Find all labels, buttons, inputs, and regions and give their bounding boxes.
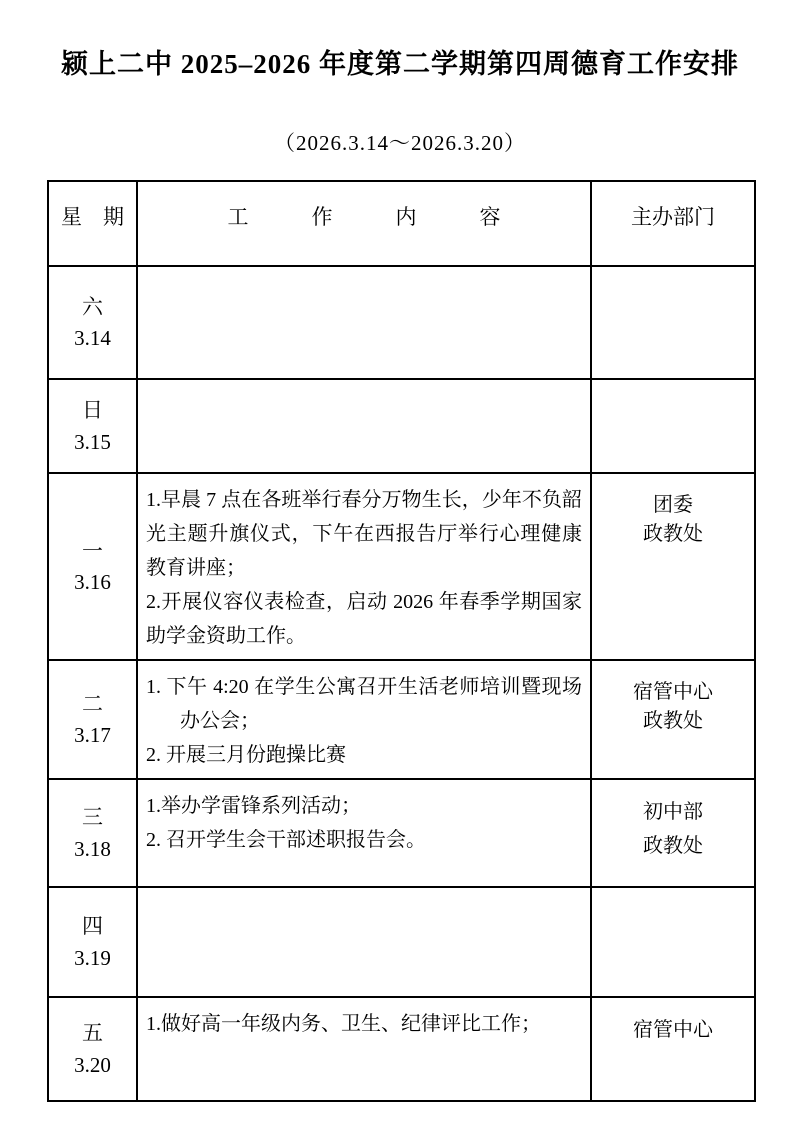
content-cell-wed: 1.举办学雷锋系列活动； 2. 召开学生会干部述职报告会。 bbox=[137, 779, 591, 887]
date-label: 3.18 bbox=[74, 837, 111, 861]
department-label: 政教处 bbox=[643, 830, 703, 862]
dept-cell-sat bbox=[591, 266, 755, 379]
work-item: 2. 召开学生会干部述职报告会。 bbox=[146, 823, 582, 857]
header-department-label: 主办部门 bbox=[592, 201, 754, 231]
page-title: 颍上二中 2025–2026 年度第二学期第四周德育工作安排 bbox=[0, 0, 800, 81]
table-row: 四 3.19 bbox=[48, 887, 755, 997]
day-cell-tue: 二 3.17 bbox=[48, 660, 137, 779]
day-label: 五 bbox=[82, 1021, 103, 1045]
department-label: 政教处 bbox=[643, 517, 703, 546]
header-day: 星 期 bbox=[48, 181, 137, 266]
day-label: 日 bbox=[82, 398, 103, 422]
department-label: 宿管中心 bbox=[633, 675, 713, 704]
weekly-schedule-table: 星 期 工 作 内 容 主办部门 六 3.14 日 3.15 bbox=[47, 180, 756, 1102]
date-label: 3.20 bbox=[74, 1053, 111, 1077]
date-label: 3.15 bbox=[74, 430, 111, 454]
table-row: 一 3.16 1.早晨 7 点在各班举行春分万物生长，少年不负韶光主题升旗仪式，… bbox=[48, 473, 755, 660]
header-day-label: 星 期 bbox=[49, 201, 136, 231]
header-content: 工 作 内 容 bbox=[137, 181, 591, 266]
day-cell-wed: 三 3.18 bbox=[48, 779, 137, 887]
department-label: 政教处 bbox=[643, 704, 703, 733]
table-row: 日 3.15 bbox=[48, 379, 755, 473]
department-label: 团委 bbox=[653, 488, 693, 517]
content-cell-sat bbox=[137, 266, 591, 379]
day-cell-sat: 六 3.14 bbox=[48, 266, 137, 379]
dept-cell-mon: 团委 政教处 bbox=[591, 473, 755, 660]
day-label: 一 bbox=[82, 539, 103, 563]
work-item: 2.开展仪容仪表检查，启动 2026 年春季学期国家助学金资助工作。 bbox=[146, 585, 582, 653]
work-item: 1.早晨 7 点在各班举行春分万物生长，少年不负韶光主题升旗仪式，下午在西报告厅… bbox=[146, 483, 582, 585]
work-item: 1. 下午 4:20 在学生公寓召开生活老师培训暨现场办公会； bbox=[146, 670, 582, 738]
day-cell-thu: 四 3.19 bbox=[48, 887, 137, 997]
table-header-row: 星 期 工 作 内 容 主办部门 bbox=[48, 181, 755, 266]
date-label: 3.16 bbox=[74, 570, 111, 594]
dept-cell-thu bbox=[591, 887, 755, 997]
content-cell-tue: 1. 下午 4:20 在学生公寓召开生活老师培训暨现场办公会； 2. 开展三月份… bbox=[137, 660, 591, 779]
work-item: 2. 开展三月份跑操比赛 bbox=[146, 738, 582, 772]
date-range-subtitle: （2026.3.14～2026.3.20） bbox=[0, 81, 800, 157]
dept-cell-sun bbox=[591, 379, 755, 473]
dept-cell-wed: 初中部 政教处 bbox=[591, 779, 755, 887]
table-row: 三 3.18 1.举办学雷锋系列活动； 2. 召开学生会干部述职报告会。 初中部… bbox=[48, 779, 755, 887]
table-row: 六 3.14 bbox=[48, 266, 755, 379]
work-item: 1.举办学雷锋系列活动； bbox=[146, 789, 582, 823]
day-cell-mon: 一 3.16 bbox=[48, 473, 137, 660]
date-label: 3.17 bbox=[74, 723, 111, 747]
day-label: 三 bbox=[82, 805, 103, 829]
table-row: 五 3.20 1.做好高一年级内务、卫生、纪律评比工作； 宿管中心 bbox=[48, 997, 755, 1101]
header-content-label: 工 作 内 容 bbox=[138, 201, 590, 231]
department-label: 宿管中心 bbox=[633, 1013, 713, 1042]
date-label: 3.14 bbox=[74, 326, 111, 350]
day-label: 四 bbox=[82, 914, 103, 938]
document-page: 颍上二中 2025–2026 年度第二学期第四周德育工作安排 （2026.3.1… bbox=[0, 0, 800, 1133]
day-cell-fri: 五 3.20 bbox=[48, 997, 137, 1101]
date-label: 3.19 bbox=[74, 946, 111, 970]
department-label: 初中部 bbox=[643, 796, 703, 828]
day-label: 二 bbox=[82, 692, 103, 716]
dept-cell-fri: 宿管中心 bbox=[591, 997, 755, 1101]
content-cell-thu bbox=[137, 887, 591, 997]
content-cell-mon: 1.早晨 7 点在各班举行春分万物生长，少年不负韶光主题升旗仪式，下午在西报告厅… bbox=[137, 473, 591, 660]
work-item: 1.做好高一年级内务、卫生、纪律评比工作； bbox=[146, 1007, 582, 1041]
day-cell-sun: 日 3.15 bbox=[48, 379, 137, 473]
header-department: 主办部门 bbox=[591, 181, 755, 266]
content-cell-sun bbox=[137, 379, 591, 473]
day-label: 六 bbox=[82, 295, 103, 319]
table-row: 二 3.17 1. 下午 4:20 在学生公寓召开生活老师培训暨现场办公会； 2… bbox=[48, 660, 755, 779]
dept-cell-tue: 宿管中心 政教处 bbox=[591, 660, 755, 779]
content-cell-fri: 1.做好高一年级内务、卫生、纪律评比工作； bbox=[137, 997, 591, 1101]
